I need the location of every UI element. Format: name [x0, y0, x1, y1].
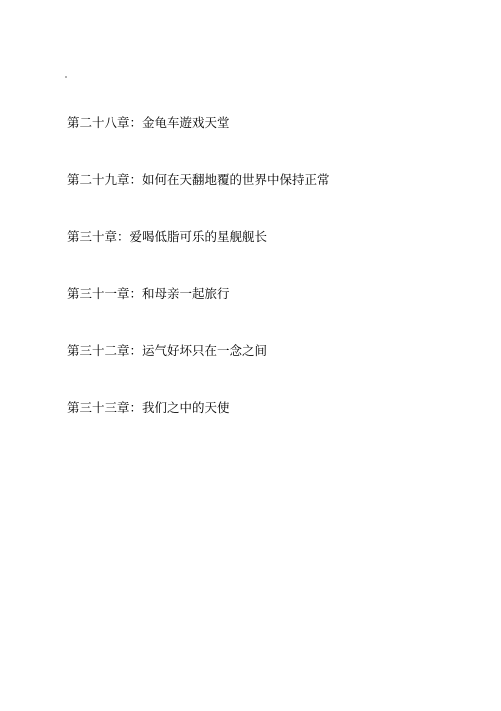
document-page: 第二十八章：金龟车遊戏天堂 第二十九章：如何在天翻地覆的世界中保持正常 第三十章…	[0, 0, 501, 711]
toc-entry-chapter-29: 第二十九章：如何在天翻地覆的世界中保持正常	[67, 171, 330, 190]
toc-entry-chapter-33: 第三十三章：我们之中的天使	[67, 399, 330, 418]
toc-entry-chapter-28: 第二十八章：金龟车遊戏天堂	[67, 114, 330, 133]
table-of-contents: 第二十八章：金龟车遊戏天堂 第二十九章：如何在天翻地覆的世界中保持正常 第三十章…	[67, 76, 330, 456]
toc-entry-chapter-32: 第三十二章：运气好坏只在一念之间	[67, 342, 330, 361]
toc-entry-chapter-31: 第三十一章：和母亲一起旅行	[67, 285, 330, 304]
toc-entry-chapter-30: 第三十章：爱喝低脂可乐的星舰舰长	[67, 228, 330, 247]
